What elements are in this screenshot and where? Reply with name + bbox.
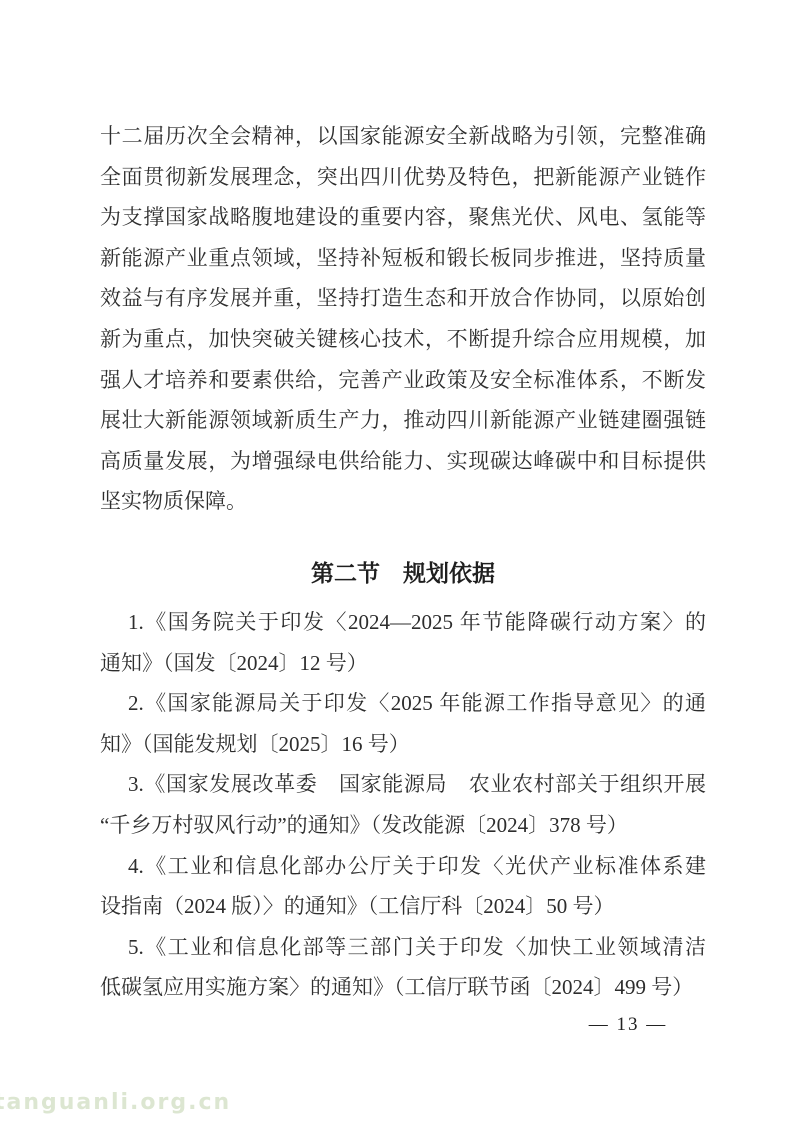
- body-paragraph: 十二届历次全会精神，以国家能源安全新战略为引领，完整准确 全面贯彻新发展理念，突…: [100, 116, 706, 522]
- reference-item-line: 低碳氢应用实施方案〉的通知》（工信厅联节函〔2024〕499 号）: [100, 967, 706, 1008]
- paragraph-line: 新为重点，加快突破关键核心技术，不断提升综合应用规模，加: [100, 319, 706, 360]
- reference-item: 4.《工业和信息化部办公厅关于印发〈光伏产业标准体系建 设指南（2024 版）〉…: [100, 846, 706, 927]
- section-heading: 第二节 规划依据: [100, 553, 706, 594]
- reference-list: 1.《国务院关于印发〈2024—2025 年节能降碳行动方案〉的 通知》（国发〔…: [100, 602, 706, 1008]
- paragraph-line: 新能源产业重点领域，坚持补短板和锻长板同步推进，坚持质量: [100, 238, 706, 279]
- reference-item: 5.《工业和信息化部等三部门关于印发〈加快工业领域清洁 低碳氢应用实施方案〉的通…: [100, 927, 706, 1008]
- reference-item-line: “千乡万村驭风行动”的通知》（发改能源〔2024〕378 号）: [100, 805, 706, 846]
- reference-item-line: 知》（国能发规划〔2025〕16 号）: [100, 724, 706, 765]
- paragraph-line: 展壮大新能源领域新质生产力，推动四川新能源产业链建圈强链: [100, 400, 706, 441]
- paragraph-line: 坚实物质保障。: [100, 481, 706, 522]
- reference-item-line: 4.《工业和信息化部办公厅关于印发〈光伏产业标准体系建: [100, 846, 706, 887]
- reference-item-line: 1.《国务院关于印发〈2024—2025 年节能降碳行动方案〉的: [100, 602, 706, 643]
- paragraph-line: 全面贯彻新发展理念，突出四川优势及特色，把新能源产业链作: [100, 157, 706, 198]
- reference-item: 2.《国家能源局关于印发〈2025 年能源工作指导意见〉的通 知》（国能发规划〔…: [100, 683, 706, 764]
- document-page: 十二届历次全会精神，以国家能源安全新战略为引领，完整准确 全面贯彻新发展理念，突…: [0, 0, 794, 1123]
- page-content: 十二届历次全会精神，以国家能源安全新战略为引领，完整准确 全面贯彻新发展理念，突…: [100, 116, 706, 1008]
- reference-item-line: 通知》（国发〔2024〕12 号）: [100, 643, 706, 684]
- page-number: — 13 —: [586, 1014, 670, 1036]
- watermark: tanguanli.org.cn: [0, 1090, 231, 1115]
- paragraph-line: 强人才培养和要素供给，完善产业政策及安全标准体系，不断发: [100, 360, 706, 401]
- reference-item: 3.《国家发展改革委 国家能源局 农业农村部关于组织开展 “千乡万村驭风行动”的…: [100, 764, 706, 845]
- reference-item-line: 设指南（2024 版）〉的通知》（工信厅科〔2024〕50 号）: [100, 886, 706, 927]
- paragraph-line: 效益与有序发展并重，坚持打造生态和开放合作协同，以原始创: [100, 278, 706, 319]
- reference-item-line: 5.《工业和信息化部等三部门关于印发〈加快工业领域清洁: [100, 927, 706, 968]
- reference-item-line: 3.《国家发展改革委 国家能源局 农业农村部关于组织开展: [100, 764, 706, 805]
- reference-item-line: 2.《国家能源局关于印发〈2025 年能源工作指导意见〉的通: [100, 683, 706, 724]
- paragraph-line: 为支撑国家战略腹地建设的重要内容，聚焦光伏、风电、氢能等: [100, 197, 706, 238]
- paragraph-line: 十二届历次全会精神，以国家能源安全新战略为引领，完整准确: [100, 116, 706, 157]
- reference-item: 1.《国务院关于印发〈2024—2025 年节能降碳行动方案〉的 通知》（国发〔…: [100, 602, 706, 683]
- paragraph-line: 高质量发展，为增强绿电供给能力、实现碳达峰碳中和目标提供: [100, 441, 706, 482]
